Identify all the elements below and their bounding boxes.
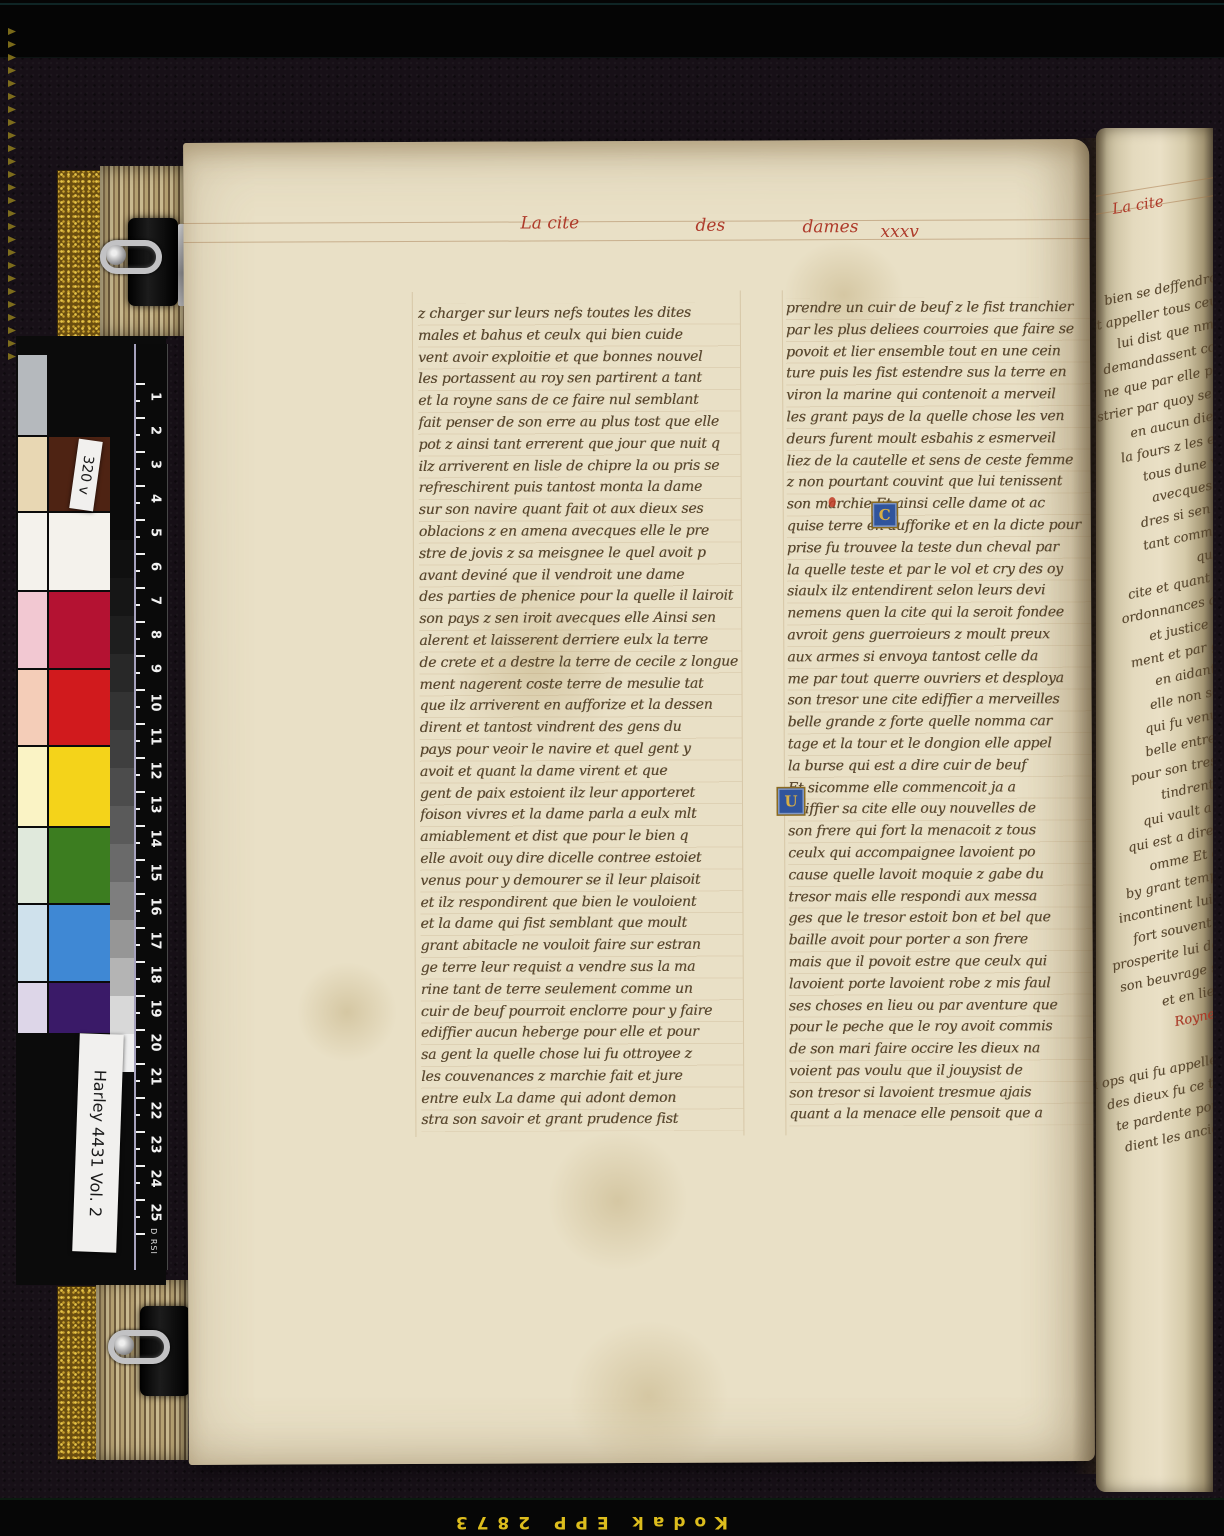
color-patch-tint xyxy=(18,828,47,903)
gray-step xyxy=(110,920,134,958)
ruler-number: 6 xyxy=(148,557,163,577)
manuscript-line: alerent et laisserent derriere eulx la t… xyxy=(419,630,741,653)
manuscript-line: les couvenances z marchie fait et jure xyxy=(421,1065,743,1088)
film-edge-top xyxy=(0,0,1224,58)
color-patch-tint xyxy=(18,355,47,435)
manuscript-line: elle avoit ouy dire dicelle contree esto… xyxy=(420,847,742,870)
film-edge-mark xyxy=(8,119,16,126)
manuscript-line: fait penser de son erre au plus tost que… xyxy=(418,412,740,435)
manuscript-line: ture puis les fist estendre sus la terre… xyxy=(786,362,1095,385)
ruler-half-tick xyxy=(136,1046,140,1048)
shelfmark-text: Harley 4431 Vol. 2 xyxy=(86,1069,110,1217)
ruler-tick xyxy=(136,1029,145,1031)
color-patch-solid xyxy=(49,905,110,981)
ruler-number: 11 xyxy=(148,727,163,747)
illuminated-initial-2: U xyxy=(778,788,804,814)
ruler-half-tick xyxy=(136,1114,140,1116)
color-patch-tint xyxy=(18,983,47,1033)
manuscript-line: males et bahus et ceulx qui bien cuide xyxy=(418,324,740,347)
color-patch-solid xyxy=(49,670,110,745)
manuscript-line: prise fu trouvee la teste dun cheval par xyxy=(787,537,1095,560)
column-ruling-line xyxy=(412,292,417,1137)
gray-step xyxy=(110,768,134,806)
ruler-tick xyxy=(136,383,145,385)
header-ruling-line xyxy=(183,219,1089,224)
illuminated-initial-2-glyph: U xyxy=(784,792,797,810)
ruler-number: 5 xyxy=(148,523,163,543)
ruler-tick xyxy=(136,587,145,589)
manuscript-line: cuir de beuf pourroit enclorre pour y fa… xyxy=(421,1000,743,1023)
manuscript-line: sur son navire quant fait ot aux dieux s… xyxy=(419,499,741,522)
manuscript-line: mais que il povoit estre que ceulx qui xyxy=(789,951,1095,974)
film-edge-mark xyxy=(8,132,16,139)
manuscript-line: me par tout querre ouvriers et desploya xyxy=(787,667,1094,690)
film-edge-mark xyxy=(8,158,16,165)
ruler-number: 3 xyxy=(148,455,163,475)
manuscript-line: vent avoir exploitie et que bonnes nouve… xyxy=(418,346,740,369)
manuscript-line: belle grande z forte quelle nomma car xyxy=(788,711,1095,734)
ruler-tick xyxy=(136,1097,145,1099)
ruler-number: 14 xyxy=(148,829,163,849)
manuscript-line: pays pour veoir le navire et quel gent y xyxy=(420,738,742,761)
film-edge-mark xyxy=(8,288,16,295)
manuscript-line: son pays z sen iroit avecques elle Ainsi… xyxy=(419,608,741,631)
film-edge-mark xyxy=(8,249,16,256)
ruler-number: 4 xyxy=(148,489,163,509)
ruler-half-tick xyxy=(136,978,140,980)
manuscript-line: ediffier aucun heberge pour elle et pour xyxy=(421,1022,743,1045)
film-edge-mark xyxy=(8,184,16,191)
gray-step xyxy=(110,578,134,616)
manuscript-line: oblacions z en amena avecques elle le pr… xyxy=(419,521,741,544)
ruler-half-tick xyxy=(136,944,140,946)
ruler-tick xyxy=(136,689,145,691)
manuscript-line: povoit et lier ensemble tout en une cein xyxy=(786,341,1095,364)
film-edge-mark xyxy=(8,106,16,113)
film-edge-mark xyxy=(8,210,16,217)
manuscript-line: les portassent au roy sen partirent a ta… xyxy=(418,368,740,391)
film-edge-tint xyxy=(0,3,1224,5)
color-patch-row xyxy=(18,983,110,1033)
ruler-number: 20 xyxy=(148,1033,163,1053)
color-patch-row xyxy=(18,747,110,826)
rubricated-letter-touch xyxy=(829,497,836,507)
ruler-tick xyxy=(136,1063,145,1065)
ruler-tick xyxy=(136,791,145,793)
manuscript-line: stra son savoir et grant prudence fist xyxy=(421,1109,743,1132)
film-edge-mark xyxy=(8,327,16,334)
folio-number-text: 320 v xyxy=(75,454,96,495)
ruler-tick xyxy=(136,723,145,725)
ruler-number: 2 xyxy=(148,421,163,441)
manuscript-line: ceulx qui accompaignee lavoient po xyxy=(788,842,1095,865)
color-patch-row xyxy=(18,828,110,903)
gray-step xyxy=(110,806,134,844)
gray-step xyxy=(110,692,134,730)
color-patch-tint xyxy=(18,905,47,981)
color-patch-solid xyxy=(49,747,110,826)
manuscript-line: amiablement et dist que pour le bien q xyxy=(420,826,742,849)
manuscript-line: de crete et a destre la terre de cecile … xyxy=(419,651,741,674)
manuscript-line: pour le peche que le roy avoit commis xyxy=(789,1016,1095,1039)
ruler-tick xyxy=(136,451,145,453)
ruler-tick xyxy=(136,485,145,487)
manuscript-line: son tresor si lavoient tresmue ajais xyxy=(789,1082,1095,1105)
manuscript-line: stre de jovis z sa meisgnee le quel avoi… xyxy=(419,542,741,565)
color-patch-solid xyxy=(49,983,110,1033)
header-ruling-line xyxy=(184,238,1090,243)
manuscript-line: son frere qui fort la menacoit z tous xyxy=(788,820,1095,843)
running-title-word1: La cite xyxy=(520,213,579,233)
film-edge-mark xyxy=(8,301,16,308)
ruler-number: 15 xyxy=(148,863,163,883)
film-edge-mark xyxy=(8,314,16,321)
manuscript-line: avant deviné que il vendroit une dame xyxy=(419,564,741,587)
film-edge-mark xyxy=(8,197,16,204)
ruler-half-tick xyxy=(136,468,140,470)
ruler-number: 24 xyxy=(148,1169,163,1189)
running-title-word2: des xyxy=(695,216,725,236)
parchment-stain xyxy=(568,1321,729,1465)
running-title-chapter-numeral: xxxv xyxy=(880,222,918,242)
manuscript-line: ediffier sa cite elle ouy nouvelles de xyxy=(788,798,1095,821)
film-edge-mark xyxy=(8,275,16,282)
manuscript-line: viron la marine qui contenoit a merveil xyxy=(786,384,1095,407)
manuscript-line: avroit gens guerroieurs z moult preux xyxy=(787,624,1095,647)
manuscript-line: des parties de phenice pour la quelle il… xyxy=(419,586,741,609)
ruler-half-tick xyxy=(136,876,140,878)
manuscript-line: la quelle teste et par le vol et cry des… xyxy=(787,559,1095,582)
ruler-half-tick xyxy=(136,706,140,708)
manuscript-line: z non pourtant couvint que lui tenissent xyxy=(787,471,1095,494)
color-patch-solid xyxy=(49,355,110,435)
ruler-tick xyxy=(136,553,145,555)
gray-step xyxy=(110,616,134,654)
ruler-half-tick xyxy=(136,1012,140,1014)
manuscript-line: grant abitacle ne vouloit faire sur estr… xyxy=(421,935,743,958)
ruler-tick xyxy=(136,621,145,623)
manuscript-line: ment nagerent coste terre de mesulie tat xyxy=(419,673,741,696)
ruler-number: 23 xyxy=(148,1135,163,1155)
ruler-half-tick xyxy=(136,808,140,810)
manuscript-line: lavoient porte lavoient robe z mis faul xyxy=(789,973,1095,996)
manuscript-line: deurs furent moult esbahis z esmerveil xyxy=(786,428,1095,451)
manuscript-line: les grant pays de la quelle chose les ve… xyxy=(786,406,1095,429)
gray-step xyxy=(110,958,134,996)
film-edge-mark xyxy=(8,145,16,152)
ruler-tick xyxy=(136,655,145,657)
manuscript-line: rine tant de terre seulement comme un xyxy=(421,978,743,1001)
ruler-half-tick xyxy=(136,1216,140,1218)
manuscript-line: la burse qui est a dire cuir de beuf xyxy=(788,755,1095,778)
manuscript-line: baille avoit pour porter a son frere xyxy=(789,929,1095,952)
ruler-number: 8 xyxy=(148,625,163,645)
color-patch-solid xyxy=(49,513,110,590)
color-patch-row xyxy=(18,355,110,435)
manuscript-line: siaulx ilz entendirent selon leurs devi xyxy=(787,580,1095,603)
ruler-number: 10 xyxy=(148,693,163,713)
manuscript-line: par les plus deliees courroies que faire… xyxy=(786,319,1095,342)
running-title-word3: dames xyxy=(802,217,858,237)
film-photograph-of-manuscript: Kodak EPP 2873 1234567891011121314151617… xyxy=(0,0,1224,1536)
ruler-tick xyxy=(136,1165,145,1167)
manuscript-line: cause quelle lavoit moquie z gabe du xyxy=(788,864,1095,887)
ruler-half-tick xyxy=(136,1182,140,1184)
ruler-half-tick xyxy=(136,604,140,606)
gray-step xyxy=(110,844,134,882)
manuscript-line: ses choses en lieu ou par aventure que xyxy=(789,994,1095,1017)
color-patch-tint xyxy=(18,747,47,826)
color-patch-tint xyxy=(18,592,47,668)
manuscript-line: entre eulx La dame qui adont demon xyxy=(421,1087,743,1110)
manuscript-line: z charger sur leurs nefs toutes les dite… xyxy=(418,303,740,326)
ruler-tick xyxy=(136,1199,145,1201)
manuscript-line: quant a la menace elle pensoit que a xyxy=(789,1103,1095,1126)
ruler-half-tick xyxy=(136,910,140,912)
film-edge-mark xyxy=(8,340,16,347)
manuscript-line: ges que le tresor estoit bon et bel que xyxy=(788,907,1094,930)
gold-tooled-cover-top xyxy=(57,170,105,338)
ruler-tick xyxy=(136,1233,145,1235)
manuscript-line: et la royne sans de ce faire nul semblan… xyxy=(418,390,740,413)
ruler-number: 16 xyxy=(148,897,163,917)
recto-running-title: La cite xyxy=(1111,192,1165,218)
parchment-stain xyxy=(547,1131,688,1272)
color-patch-tint xyxy=(18,437,47,511)
ruler-tick xyxy=(136,927,145,929)
gray-step xyxy=(110,882,134,920)
manuscript-line: pot z ainsi tant errerent que jour que n… xyxy=(418,433,740,456)
ruler-number: 12 xyxy=(148,761,163,781)
ruler-number: 19 xyxy=(148,999,163,1019)
color-patch-row xyxy=(18,513,110,590)
ruler-tick xyxy=(136,893,145,895)
ruler-half-tick xyxy=(136,774,140,776)
ruler: 1234567891011121314151617181920212223242… xyxy=(134,344,168,1270)
color-patch-row xyxy=(18,592,110,668)
gray-step xyxy=(110,654,134,692)
ruler-number: 7 xyxy=(148,591,163,611)
manuscript-recto-page-edge: La cite bien se deffendroit de sonst app… xyxy=(1096,128,1213,1492)
film-edge-mark xyxy=(8,93,16,100)
gray-step xyxy=(110,730,134,768)
ruler-half-tick xyxy=(136,842,140,844)
gray-step xyxy=(110,540,134,578)
manuscript-line: avoit et quant la dame virent et que xyxy=(420,760,742,783)
ruler-tick xyxy=(136,417,145,419)
manuscript-line: tage et la tour et le dongion elle appel xyxy=(788,733,1095,756)
shelfmark-label: Harley 4431 Vol. 2 xyxy=(72,1033,124,1252)
ruler-number: 18 xyxy=(148,965,163,985)
ruler-number: 25 xyxy=(148,1203,163,1223)
manuscript-line: son tresor une cite ediffier a merveille… xyxy=(788,689,1095,712)
manuscript-line: nemens quen la cite qui la seroit fondee xyxy=(787,602,1095,625)
manuscript-line: ge terre leur requist a vendre sus la ma xyxy=(421,956,743,979)
ruler-tick xyxy=(136,757,145,759)
manuscript-line: dirent et tantost vindrent des gens du xyxy=(420,717,742,740)
manuscript-line: gent de paix estoient ilz leur apportere… xyxy=(420,782,742,805)
manuscript-line: quise terre en aufforike et en la dicte … xyxy=(787,515,1095,538)
ruler-tick xyxy=(136,519,145,521)
color-patch-row xyxy=(18,905,110,981)
film-edge-mark xyxy=(8,223,16,230)
manuscript-verso-page: La cite des dames xxxv z charger sur leu… xyxy=(183,139,1095,1465)
ruler-number: 21 xyxy=(148,1067,163,1087)
film-edge-mark xyxy=(8,80,16,87)
film-edge-mark xyxy=(8,54,16,61)
film-edge-mark xyxy=(8,67,16,74)
color-patch-row xyxy=(18,670,110,745)
ruler-number: 1 xyxy=(148,387,163,407)
manuscript-line: et la dame qui fist semblant que moult xyxy=(420,913,742,936)
ruler-half-tick xyxy=(136,740,140,742)
ruler-half-tick xyxy=(136,638,140,640)
parchment-stain xyxy=(297,962,397,1062)
manuscript-line: aux armes si envoya tantost celle da xyxy=(787,646,1095,669)
ruler-tick xyxy=(136,995,145,997)
ruler-half-tick xyxy=(136,434,140,436)
ruler-half-tick xyxy=(136,1148,140,1150)
color-calibration-card: 1234567891011121314151617181920212223242… xyxy=(16,336,166,1285)
manuscript-line: de son mari faire occire les dieux na xyxy=(789,1038,1095,1061)
ruler-tick xyxy=(136,1131,145,1133)
ruler-half-tick xyxy=(136,400,140,402)
binder-clip-top-rivet xyxy=(106,245,126,265)
film-edge-mark xyxy=(8,236,16,243)
ruler-half-tick xyxy=(136,536,140,538)
manuscript-line: et ilz respondirent que bien le vouloien… xyxy=(420,891,742,914)
ruler-half-tick xyxy=(136,502,140,504)
binder-clip-bottom-rivet xyxy=(114,1335,134,1355)
text-column-left: z charger sur leurs nefs toutes les dite… xyxy=(418,303,744,1133)
ruler-half-tick xyxy=(136,672,140,674)
color-patch-solid xyxy=(49,592,110,668)
manuscript-line: refreschirent puis tantost monta la dame xyxy=(419,477,741,500)
film-edge-mark xyxy=(8,41,16,48)
ruler-tick xyxy=(136,859,145,861)
ruler-number: 22 xyxy=(148,1101,163,1121)
film-edge-mark xyxy=(8,262,16,269)
film-stock-text: Kodak EPP 2873 xyxy=(318,1506,728,1532)
ruler-brand-text: D RSI xyxy=(149,1228,158,1255)
manuscript-line: sa gent la quelle chose lui fu ottroyee … xyxy=(421,1044,743,1067)
ruler-tick xyxy=(136,961,145,963)
gray-step xyxy=(110,996,134,1034)
manuscript-line: venus pour y demourer se il leur plaisoi… xyxy=(420,869,742,892)
color-patch-tint xyxy=(18,670,47,745)
ruler-tick xyxy=(136,825,145,827)
color-patch-tint xyxy=(18,513,47,590)
ruler-number: 17 xyxy=(148,931,163,951)
illuminated-initial-1-glyph: C xyxy=(879,506,891,524)
manuscript-line: foison vivres et la dame parla a eulx ml… xyxy=(420,804,742,827)
manuscript-line: voient pas voulu que il jouysist de xyxy=(789,1060,1095,1083)
ruler-half-tick xyxy=(136,570,140,572)
ruler-half-tick xyxy=(136,1080,140,1082)
manuscript-line: Et sicomme elle commencoit ja a xyxy=(788,776,1095,799)
manuscript-line: tresor mais elle respondi aux messa xyxy=(788,885,1095,908)
manuscript-line: que ilz arriverent en aufforize et la de… xyxy=(420,695,742,718)
illuminated-initial-1: C xyxy=(873,503,897,527)
manuscript-line: liez de la cautelle et sens de ceste fem… xyxy=(786,450,1094,473)
ruler-number: 13 xyxy=(148,795,163,815)
manuscript-line: ilz arriverent en lisle de chipre la ou … xyxy=(418,455,740,478)
film-edge-mark xyxy=(8,28,16,35)
manuscript-line: prendre un cuir de beuf z le fist tranch… xyxy=(786,297,1095,320)
film-edge-mark xyxy=(8,353,16,360)
color-patch-solid xyxy=(49,828,110,903)
film-edge-mark xyxy=(8,171,16,178)
ruler-number: 9 xyxy=(148,659,163,679)
text-column-right: prendre un cuir de beuf z le fist tranch… xyxy=(786,297,1095,1127)
